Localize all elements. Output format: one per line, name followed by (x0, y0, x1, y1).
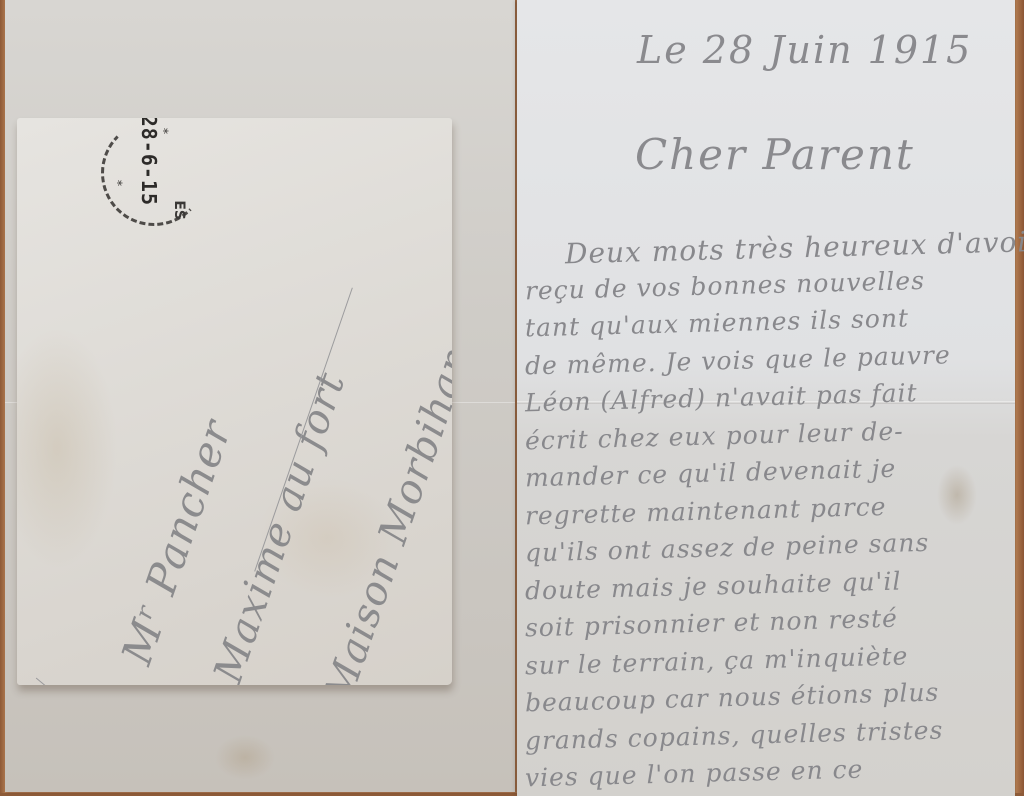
postmark-town: ES (171, 200, 187, 220)
letter-body: Deux mots très heureux d'avoir reçu de v… (525, 232, 1015, 795)
corner-note-line (36, 678, 109, 685)
wood-table-right-edge (1016, 0, 1024, 796)
paper-stain (215, 735, 275, 780)
postmark-star-icon: * (115, 180, 129, 186)
postmark-star-icon: * (161, 128, 175, 134)
address-line-2: Maxime au fort (205, 366, 354, 685)
letter-page: Le 28 Juin 1915 Cher Parent Deux mots tr… (517, 0, 1015, 796)
envelope: 28-6-15 ES * * Mʳ Pancher Maxime au fort… (17, 118, 452, 685)
postmark-date: 28-6-15 (137, 118, 161, 206)
letter-salutation: Cher Parent (635, 130, 915, 179)
letter-date: Le 28 Juin 1915 (637, 28, 972, 72)
postmark-stamp: 28-6-15 ES * * (101, 118, 201, 246)
